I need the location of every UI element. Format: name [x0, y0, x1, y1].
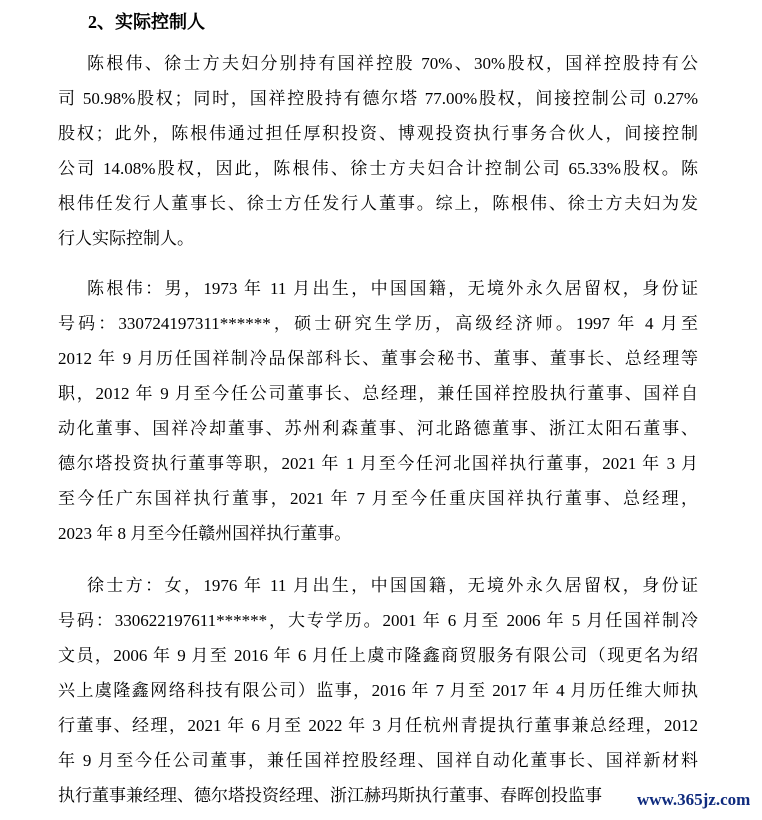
text-line: 2012 年 9 月历任国祥制冷品保部科长、董事会秘书、董事、董事长、总经理等 [58, 341, 698, 376]
text-line: 行董事、经理，2021 年 6 月至 2022 年 3 月任杭州青提执行董事兼总… [58, 708, 698, 743]
text-line: 根伟任发行人董事长、徐士方任发行人董事。综上，陈根伟、徐士方夫妇为发 [58, 186, 698, 221]
section-heading: 2、实际控制人 [88, 11, 205, 33]
text-line: 陈根伟、徐士方夫妇分别持有国祥控股 70%、30%股权，国祥控股持有公 [58, 46, 698, 81]
text-line: 陈根伟：男，1973 年 11 月出生，中国国籍，无境外永久居留权，身份证 [58, 271, 698, 306]
text-line: 2023 年 8 月至今任赣州国祥执行董事。 [58, 516, 698, 551]
text-line: 德尔塔投资执行董事等职，2021 年 1 月至今任河北国祥执行董事，2021 年… [58, 446, 698, 481]
text-line: 公司 14.08%股权，因此，陈根伟、徐士方夫妇合计控制公司 65.33%股权。… [58, 151, 698, 186]
paragraph-bio-chen-genwei: 陈根伟：男，1973 年 11 月出生，中国国籍，无境外永久居留权，身份证 号码… [58, 271, 698, 551]
text-line: 司 50.98%股权；同时，国祥控股持有德尔塔 77.00%股权，间接控制公司 … [58, 81, 698, 116]
text-line: 兴上虞隆鑫网络科技有限公司）监事，2016 年 7 月至 2017 年 4 月历… [58, 673, 698, 708]
text-line: 文员，2006 年 9 月至 2016 年 6 月任上虞市隆鑫商贸服务有限公司（… [58, 638, 698, 673]
text-line: 号码：330724197311******，硕士研究生学历，高级经济师。1997… [58, 306, 698, 341]
document-page: 2、实际控制人 陈根伟、徐士方夫妇分别持有国祥控股 70%、30%股权，国祥控股… [0, 0, 762, 820]
text-line: 年 9 月至今任公司董事，兼任国祥控股经理、国祥自动化董事长、国祥新材料 [58, 743, 698, 778]
text-line: 职，2012 年 9 月至今任公司董事长、总经理，兼任国祥控股执行董事、国祥自 [58, 376, 698, 411]
text-line: 号码：330622197611******，大专学历。2001 年 6 月至 2… [58, 603, 698, 638]
watermark-text: www.365jz.com [637, 789, 750, 811]
text-line: 至今任广东国祥执行董事，2021 年 7 月至今任重庆国祥执行董事、总经理， [58, 481, 698, 516]
text-line: 动化董事、国祥冷却董事、苏州利森董事、河北路德董事、浙江太阳石董事、 [58, 411, 698, 446]
text-line: 行人实际控制人。 [58, 221, 698, 256]
text-line: 执行董事兼经理、德尔塔投资经理、浙江赫玛斯执行董事、春晖创投监事 [58, 778, 698, 813]
paragraph-control-summary: 陈根伟、徐士方夫妇分别持有国祥控股 70%、30%股权，国祥控股持有公 司 50… [58, 46, 698, 256]
text-line: 徐士方：女，1976 年 11 月出生，中国国籍，无境外永久居留权，身份证 [58, 568, 698, 603]
text-line: 股权；此外，陈根伟通过担任厚积投资、博观投资执行事务合伙人，间接控制 [58, 116, 698, 151]
paragraph-bio-xu-shifang: 徐士方：女，1976 年 11 月出生，中国国籍，无境外永久居留权，身份证 号码… [58, 568, 698, 813]
